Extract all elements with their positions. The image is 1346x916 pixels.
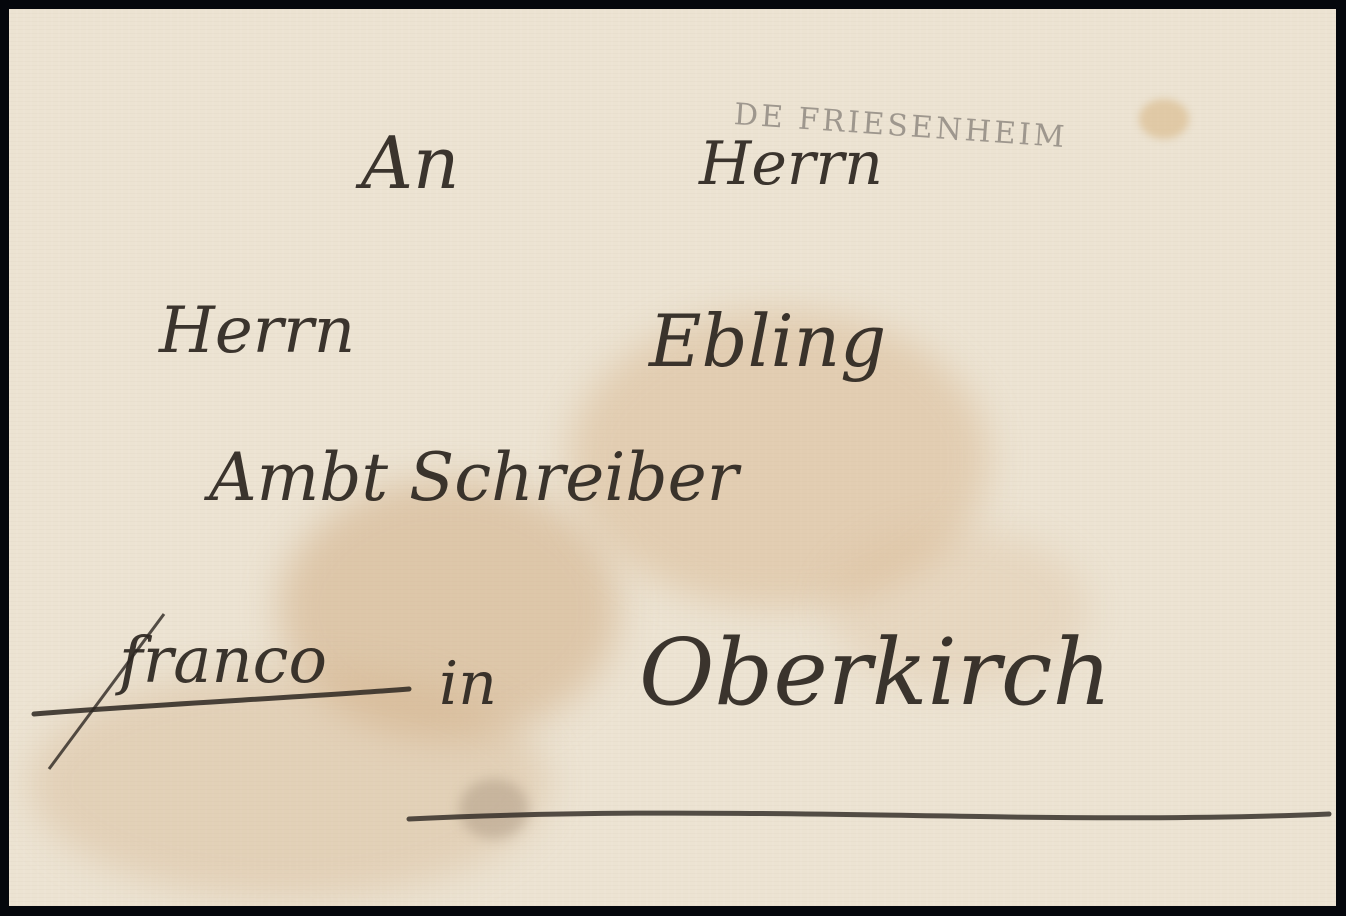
ink-strokes xyxy=(9,9,1336,906)
letter-paper: DE FRIESENHEIM An Herrn Herrn Ebling Amb… xyxy=(9,9,1336,906)
